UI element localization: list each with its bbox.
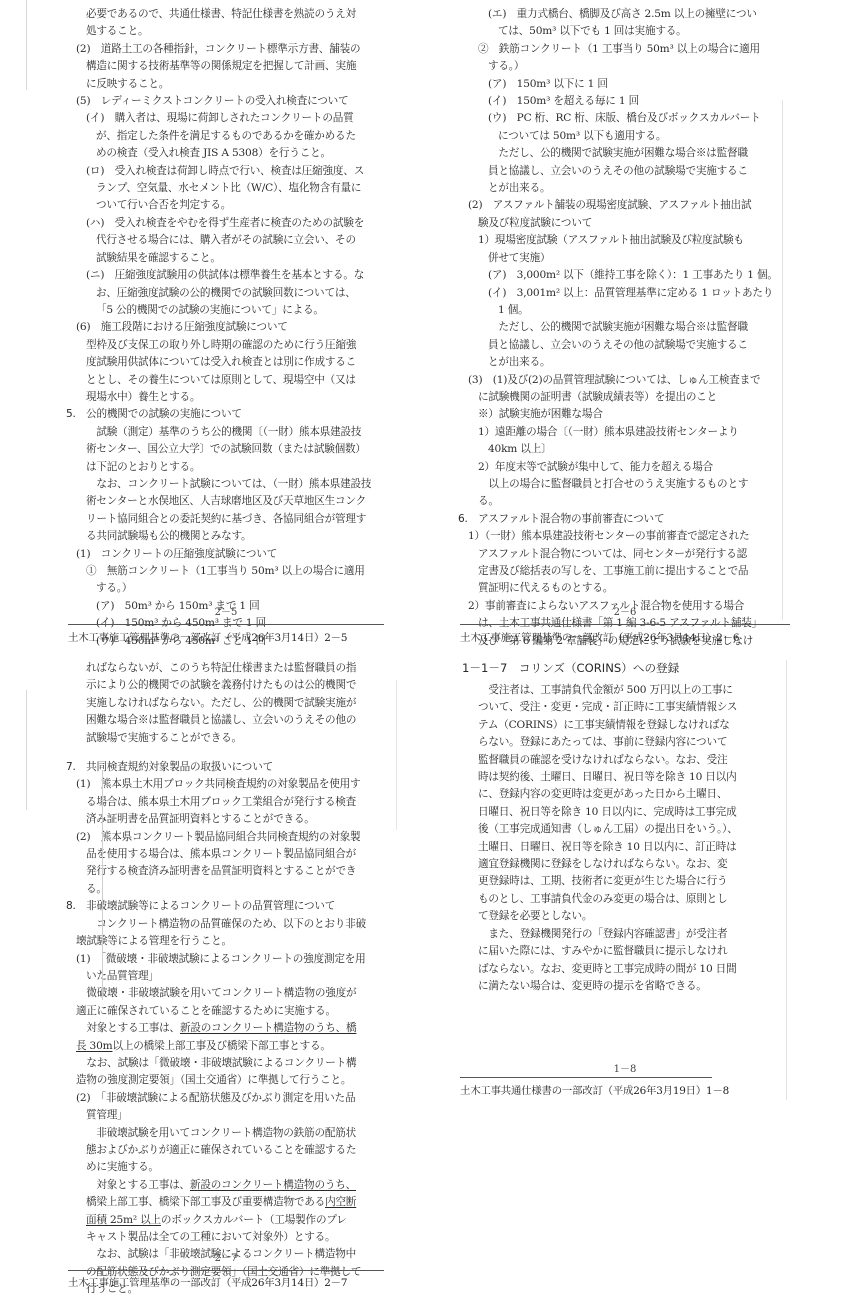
text-line: 併せて実施） [468, 250, 782, 267]
text-line: (1) 熊本県土木用ブロック共同検査規約の対象製品を使用す [76, 776, 376, 793]
page-number: 1－8 [468, 1060, 782, 1075]
text-line: (イ) 150m³ を超える毎に 1 回 [468, 93, 782, 110]
text-line: する。） [76, 580, 376, 597]
text-line: 示により公的機関での試験を義務付けたものは公的機関で [76, 677, 376, 694]
text-line: 1）現場密度試験（アスファルト抽出試験及び粒度試験も [468, 232, 782, 249]
underlined-text: 長 30m [76, 1040, 113, 1052]
text-line: (2) アスファルト舗装の現場密度試験、アスファルト抽出試 [468, 197, 782, 214]
page-body: ればならないが、このうち特記仕様書または監督職員の指示により公的機関での試験を義… [76, 660, 376, 1296]
page-number: 2－5 [76, 603, 376, 618]
text-line: (2) 道路土工の各種指針，コンクリート標準示方書、舗装の [76, 41, 376, 58]
text-line: 済み証明書を品質証明資料とすることができる。 [76, 811, 376, 828]
section-heading: 5. 公的機関での試験の実施について [66, 406, 376, 423]
text-line: (ア) 3,000m² 以下（維持工事を除く）：1 工事あたり 1 個。 [468, 267, 782, 284]
text-line: 適宜登録機関に登録をしなければならない。なお、変 [468, 856, 782, 873]
text-line: 術センター、国公立大学〕での試験回数（または試験個数） [76, 441, 376, 458]
text-line: コンクリート構造物の品質確保のため、以下のとおり非破 [76, 916, 376, 933]
page-number: 2－7 [76, 1249, 376, 1264]
text-line: いた品質管理」 [76, 968, 376, 985]
text-line: (イ) 3,001m² 以上：品質管理基準に定める 1 ロットあたり [468, 285, 782, 302]
page-footer: 土木工事施工管理基準の一部改訂（平成26年3月14日）2－7 [68, 1274, 382, 1289]
text-line: また、登録機関発行の「登録内容確認書」が受注者 [468, 926, 782, 943]
text-line: 日曜日、祝日等を除き 10 日以内に、完成時は工事完成 [468, 804, 782, 821]
text-line: ればならないが、このうち特記仕様書または監督職員の指 [76, 660, 376, 677]
text-line: ばならない。なお、変更時と工事完成時の間が 10 日間 [468, 961, 782, 978]
text-line: とが出来る。 [468, 354, 782, 371]
text-line: する。） [468, 58, 782, 75]
text-line: 代行させる場合には、購入者がその試験に立会い、その [76, 232, 376, 249]
page-2-7: ればならないが、このうち特記仕様書または監督職員の指示により公的機関での試験を義… [76, 652, 376, 1292]
section-heading: 7. 共同検査規約対象製品の取扱いについて [66, 759, 376, 776]
text-line: 験及び粒度試験について [468, 215, 782, 232]
text-line: ととし、その養生については原則として、現場空中（又は [76, 372, 376, 389]
text-line: 後（工事完成通知書（しゅん工届）の提出日をいう。）、 [468, 821, 782, 838]
text-line: 度試験用供試体については受入れ検査とは別に作成するこ [76, 354, 376, 371]
text-line: 監督職員の確認を受けなければならない。なお、受注 [468, 752, 782, 769]
text-line: とが出来る。 [468, 180, 782, 197]
text-line: については 50m³ 以下も適用する。 [468, 128, 782, 145]
text-line: 現場水中）養生とする。 [76, 389, 376, 406]
text-line: 時は契約後、土曜日、日曜日、祝日等を除き 10 日以内 [468, 769, 782, 786]
text-line: (2) 熊本県コンクリート製品協同組合共同検査規約の対象製 [76, 829, 376, 846]
scan-edge-line [26, 690, 27, 810]
page-1-8: 1－1－7 コリンズ（CORINS）への登録 受注者は、工事請負代金額が 500… [468, 652, 782, 1292]
text-line: 定書及び総括表の写しを、工事施工前に提出することで品 [468, 563, 782, 580]
text-line: (ハ) 受入れ検査をやむを得ず生産者に検査のための試験を [76, 215, 376, 232]
text-line: (1) 「微破壊・非破壊試験によるコンクリートの強度測定を用 [76, 951, 376, 968]
section-heading: 8. 非破壊試験等によるコンクリートの品質管理について [66, 898, 376, 915]
text-line: に満たない場合は、変更時の提示を省略できる。 [468, 978, 782, 995]
text-line: 土曜日、日曜日、祝日等を除き 10 日以内に、訂正時は [468, 839, 782, 856]
text-line: (ロ) 受入れ検査は荷卸し時点で行い、検査は圧縮強度、ス [76, 163, 376, 180]
text-line: なお、試験は「微破壊・非破壊試験によるコンクリート構 [76, 1055, 376, 1072]
text-line: (6) 施工段階における圧縮強度試験について [76, 319, 376, 336]
text-line: 型枠及び支保工の取り外し時期の確認のために行う圧縮強 [76, 337, 376, 354]
text-line: 品を使用する場合は、熊本県コンクリート製品協同組合が [76, 846, 376, 863]
text-line: 質管理」 [76, 1107, 376, 1124]
text-line: に届いた際には、すみやかに監督職員に提示しなけれ [468, 943, 782, 960]
text-line: (ウ) PC 桁、RC 桁、床版、橋台及びボックスカルバート [468, 110, 782, 127]
text-line: が、指定した条件を満足するものであるかを確かめるた [76, 128, 376, 145]
text-line: 橋梁上部工事、橋梁下部工事及び重要構造物である内空断 [76, 1194, 376, 1211]
text-line: 受注者は、工事請負代金額が 500 万円以上の工事に [468, 682, 782, 699]
spacer [76, 747, 376, 759]
scan-edge-line [102, 770, 103, 1000]
scan-edge-line [396, 680, 397, 830]
text-line: 40km 以上〕 [468, 441, 782, 458]
text-line: リート協同組合との委託契約に基づき、各協同組合が管理す [76, 511, 376, 528]
text-line: 試験（測定）基準のうち公的機関〔（一財）熊本県建設技 [76, 424, 376, 441]
text-line: ては、50m³ 以下でも 1 回は実施する。 [468, 23, 782, 40]
footer-divider [460, 1077, 712, 1078]
text-line: お、圧縮強度試験の公的機関での試験回数については、 [76, 285, 376, 302]
text-line: (5) レディーミクストコンクリートの受入れ検査について [76, 93, 376, 110]
text-line: (2) 「非破壊試験による配筋状態及びかぶり測定を用いた品 [76, 1090, 376, 1107]
text-line: 以上の場合に監督職員と打合せのうえ実施するものとす [468, 476, 782, 493]
text-line: 長 30m以上の橋梁上部工事及び橋梁下部工事とする。 [76, 1038, 376, 1055]
page-body: (エ) 重力式橋台、橋脚及び高さ 2.5m 以上の擁壁については、50m³ 以下… [468, 6, 782, 650]
text-line: 適正に確保されていることを確認するために実施する。 [76, 1003, 376, 1020]
footer-divider [460, 624, 790, 625]
text-line: 員と協議し、立会いのうえその他の試験場で実施するこ [468, 337, 782, 354]
text-line: 2）年度末等で試験が集中して、能力を超える場合 [468, 459, 782, 476]
text-line: めの検査（受入れ検査 JIS A 5308）を行うこと。 [76, 145, 376, 162]
text-line: ※）試験実施が困難な場合 [468, 406, 782, 423]
text-line: 実施しなければならない。ただし、公的機関で試験実施が [76, 695, 376, 712]
text-line: (ア) 150m³ 以下に 1 回 [468, 76, 782, 93]
text-line: る場合は、熊本県土木用ブロック工業組合が発行する検査 [76, 794, 376, 811]
underlined-text: 面積 25m² 以上 [86, 1214, 161, 1226]
text-line: ついて行い合否を判定する。 [76, 197, 376, 214]
text-line: 態およびかぶりが適正に確保されていることを確認するた [76, 1142, 376, 1159]
text-line: る共同試験場も公的機関とみなす。 [76, 528, 376, 545]
text-line: なお、コンクリート試験については、（一財）熊本県建設技 [76, 476, 376, 493]
text-line: (3) (1)及び(2)の品質管理試験については、しゅん工検査まで [468, 372, 782, 389]
underlined-text: 内空断 [325, 1196, 356, 1208]
page-2-6: (エ) 重力式橋台、橋脚及び高さ 2.5m 以上の擁壁については、50m³ 以下… [468, 6, 782, 646]
text-line: は下記のとおりとする。 [76, 459, 376, 476]
text-line: に反映すること。 [76, 76, 376, 93]
section-heading: 1－1－7 コリンズ（CORINS）への登録 [462, 660, 679, 676]
text-line: る。 [468, 493, 782, 510]
text-line: 壊試験等による管理を行うこと。 [76, 933, 376, 950]
text-line: 構造に関する技術基準等の関係規定を把握して計画、実施 [76, 58, 376, 75]
text-line: 必要であるので、共通仕様書、特記仕様書を熟読のうえ対 [76, 6, 376, 23]
underlined-text: 新設のコンクリート構造物のうち、橋 [180, 1022, 356, 1034]
text-line: 処すること。 [76, 23, 376, 40]
text-line: 員と協議し、立会いのうえその他の試験場で実施するこ [468, 163, 782, 180]
text-line: 造物の強度測定要領」（国土交通省）に準拠して行うこと。 [76, 1072, 376, 1089]
text-line: ② 鉄筋コンクリート（1 工事当り 50m³ 以上の場合に適用 [468, 41, 782, 58]
text-line: ただし、公的機関で試験実施が困難な場合※は監督職 [468, 319, 782, 336]
footer-divider [68, 1270, 384, 1271]
text-line: めに実施する。 [76, 1159, 376, 1176]
text-line: に試験機関の証明書（試験成績表等）を提出のこと [468, 389, 782, 406]
text-line: アスファルト混合物については、同センターが発行する認 [468, 546, 782, 563]
text-line: (エ) 重力式橋台、橋脚及び高さ 2.5m 以上の擁壁につい [468, 6, 782, 23]
scan-edge-line [782, 100, 783, 620]
text-line: 1）（一財）熊本県建設技術センターの事前審査で認定された [468, 528, 782, 545]
footer-divider [68, 624, 384, 625]
page-body: 受注者は、工事請負代金額が 500 万円以上の工事について、受注・変更・完成・訂… [468, 682, 782, 995]
page-footer: 土木工事共通仕様書の一部改訂（平成26年3月19日）1－8 [460, 1082, 788, 1097]
text-line: ただし、公的機関で試験実施が困難な場合※は監督職 [468, 145, 782, 162]
text-line: ものとし、工事請負代金のみ変更の場合は、原則とし [468, 891, 782, 908]
text-line: 1）遠距離の場合〔（一財）熊本県建設技術センターより [468, 424, 782, 441]
text-line: ① 無筋コンクリート（1工事当り 50m³ 以上の場合に適用 [76, 563, 376, 580]
text-line: 1 個。 [468, 302, 782, 319]
page-2-5: 必要であるので、共通仕様書、特記仕様書を熟読のうえ対処すること。(2) 道路土工… [76, 6, 376, 646]
text-line: 質証明に代えるものとする。 [468, 580, 782, 597]
text-line: テム（CORINS）に工事実績情報を登録しなければな [468, 717, 782, 734]
section-heading: 6. アスファルト混合物の事前審査について [458, 511, 782, 528]
page-number: 2－6 [468, 603, 782, 618]
text-line: に、登録内容の変更時は変更があった日から土曜日、 [468, 786, 782, 803]
text-line: 試験場で実施することができる。 [76, 730, 376, 747]
text-line: 非破壊試験を用いてコンクリート構造物の鉄筋の配筋状 [76, 1125, 376, 1142]
text-line: らない。登録にあたっては、事前に登録内容について [468, 734, 782, 751]
text-line: 面積 25m² 以上のボックスカルバート（工場製作のプレ [76, 1212, 376, 1229]
text-line: 困難な場合※は監督職員と協議し、立会いのうえその他の [76, 712, 376, 729]
text-line: 「5 公的機関での試験の実施について」による。 [76, 302, 376, 319]
text-line: て登録を必要としない。 [468, 908, 782, 925]
text-line: 対象とする工事は、新設のコンクリート構造物のうち、橋 [76, 1020, 376, 1037]
page-body: 必要であるので、共通仕様書、特記仕様書を熟読のうえ対処すること。(2) 道路土工… [76, 6, 376, 650]
text-line: (ニ) 圧縮強度試験用の供試体は標準養生を基本とする。な [76, 267, 376, 284]
scan-edge-line [26, 0, 27, 90]
text-line: キャスト製品は全ての工種において対象外）とする。 [76, 1229, 376, 1246]
text-line: (1) コンクリートの圧縮強度試験について [76, 546, 376, 563]
text-line: 微破壊・非破壊試験を用いてコンクリート構造物の強度が [76, 985, 376, 1002]
page-footer: 土木工事施工管理基準の一部改訂（平成26年3月14日）2－5 [68, 629, 382, 644]
text-line: 術センターと水俣地区、人吉球磨地区及び天草地区生コンク [76, 493, 376, 510]
text-line: 対象とする工事は、新設のコンクリート構造物のうち、 [76, 1177, 376, 1194]
text-line: (イ) 購入者は、現場に荷卸しされたコンクリートの品質 [76, 110, 376, 127]
text-line: 発行する検査済み証明書を品質証明資料とすることができ [76, 863, 376, 880]
text-line: 更登録時は、工期、技術者に変更が生じた場合に行う [468, 873, 782, 890]
underlined-text: 新設のコンクリート構造物のうち、 [190, 1179, 356, 1191]
text-line: ついて、受注・変更・完成・訂正時に工事実績情報シス [468, 699, 782, 716]
text-line: 試験結果を確認すること。 [76, 250, 376, 267]
page-footer: 土木工事施工管理基準の一部改訂（平成26年3月14日）2－6 [460, 629, 788, 644]
text-line: る。 [76, 881, 376, 898]
scan-edge-line [786, 660, 787, 1100]
text-line: ランプ、空気量、水セメント比（W/C）、塩化物含有量に [76, 180, 376, 197]
